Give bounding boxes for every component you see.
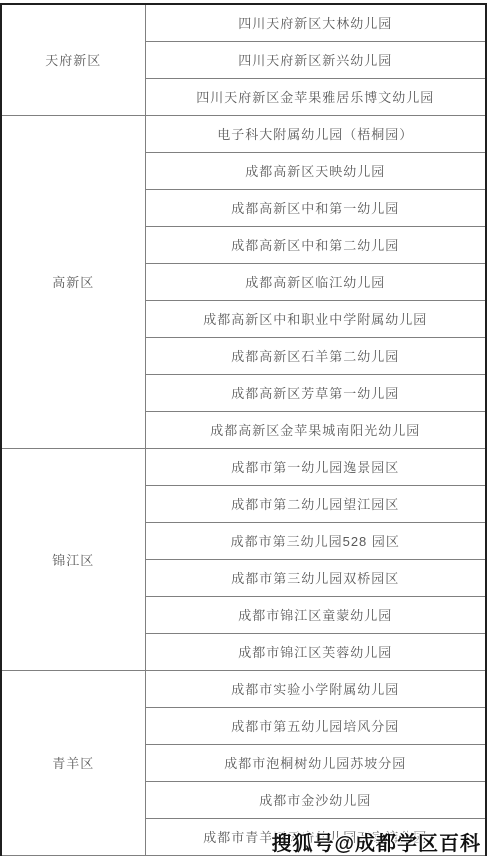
kindergarten-cell: 成都高新区金苹果城南阳光幼儿园: [145, 411, 486, 448]
kindergarten-table: 天府新区四川天府新区大林幼儿园四川天府新区新兴幼儿园四川天府新区金苹果雅居乐博文…: [0, 3, 487, 856]
district-kindergarten-table-wrap: 天府新区四川天府新区大林幼儿园四川天府新区新兴幼儿园四川天府新区金苹果雅居乐博文…: [0, 3, 486, 856]
kindergarten-cell: 成都市第五幼儿园培风分园: [145, 707, 486, 744]
kindergarten-cell: 成都高新区中和第二幼儿园: [145, 226, 486, 263]
kindergarten-cell: 成都高新区芳草第一幼儿园: [145, 374, 486, 411]
table-row: 锦江区成都市第一幼儿园逸景园区: [1, 448, 486, 485]
table-row: 高新区电子科大附属幼儿园（梧桐园）: [1, 115, 486, 152]
kindergarten-cell: 成都市第三幼儿园双桥园区: [145, 559, 486, 596]
kindergarten-cell: 成都市锦江区童蒙幼儿园: [145, 596, 486, 633]
district-cell: 高新区: [1, 115, 145, 448]
kindergarten-cell: 成都市第二幼儿园望江园区: [145, 485, 486, 522]
kindergarten-cell: 成都市实验小学附属幼儿园: [145, 670, 486, 707]
district-cell: 锦江区: [1, 448, 145, 670]
kindergarten-cell: 成都高新区石羊第二幼儿园: [145, 337, 486, 374]
kindergarten-cell: 成都市泡桐树幼儿园苏坡分园: [145, 744, 486, 781]
district-cell: 天府新区: [1, 4, 145, 115]
kindergarten-cell: 成都高新区天映幼儿园: [145, 152, 486, 189]
kindergarten-table-body: 天府新区四川天府新区大林幼儿园四川天府新区新兴幼儿园四川天府新区金苹果雅居乐博文…: [1, 4, 486, 855]
kindergarten-cell: 成都市金沙幼儿园: [145, 781, 486, 818]
kindergarten-cell: 四川天府新区金苹果雅居乐博文幼儿园: [145, 78, 486, 115]
kindergarten-cell: 成都市第一幼儿园逸景园区: [145, 448, 486, 485]
kindergarten-cell: 成都高新区临江幼儿园: [145, 263, 486, 300]
kindergarten-cell: 四川天府新区大林幼儿园: [145, 4, 486, 41]
kindergarten-cell: 电子科大附属幼儿园（梧桐园）: [145, 115, 486, 152]
kindergarten-cell: 成都市第三幼儿园528 园区: [145, 522, 486, 559]
kindergarten-cell: 成都高新区中和第一幼儿园: [145, 189, 486, 226]
table-row: 天府新区四川天府新区大林幼儿园: [1, 4, 486, 41]
kindergarten-cell: 成都市锦江区芙蓉幼儿园: [145, 633, 486, 670]
sohu-watermark: 搜狐号@成都学区百科: [271, 827, 481, 856]
kindergarten-cell: 四川天府新区新兴幼儿园: [145, 41, 486, 78]
table-row: 青羊区成都市实验小学附属幼儿园: [1, 670, 486, 707]
district-cell: 青羊区: [1, 670, 145, 855]
kindergarten-cell: 成都高新区中和职业中学附属幼儿园: [145, 300, 486, 337]
